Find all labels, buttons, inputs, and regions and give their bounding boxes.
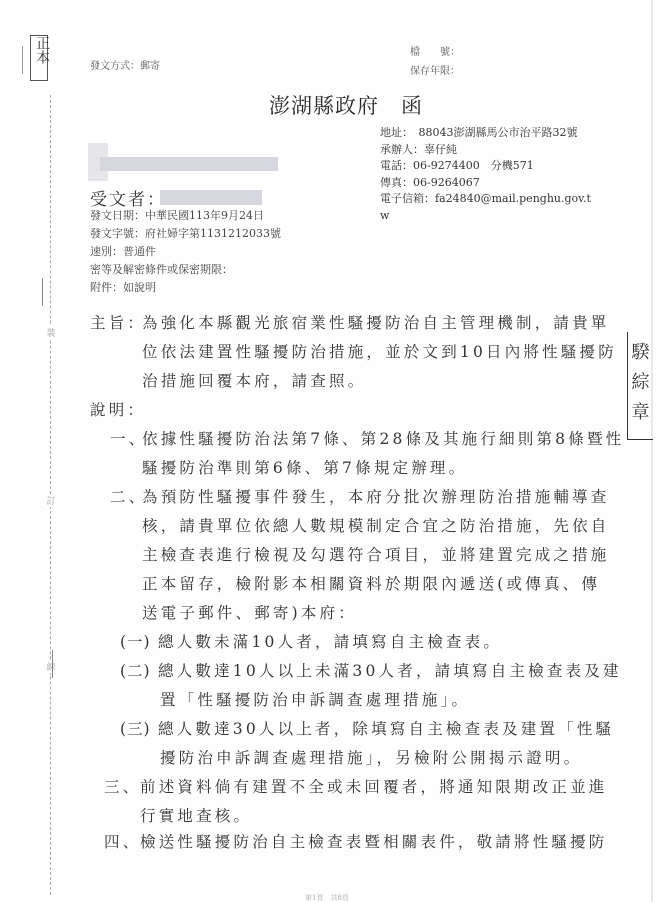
dispatch-date: 發文日期：中華民國113年9月24日 [90,207,281,225]
item-marker: 四、 [104,828,141,857]
pen-mark [42,278,43,306]
pen-mark [22,46,23,74]
explanation-label: 說明： [90,396,146,425]
retention-label: 保存年限： [410,62,460,77]
subject-label: 主旨： [90,309,146,338]
contact-handler: 承辦人：辜仔純 [380,142,591,159]
sub-item-line: 總人數達10人以上未滿30人者，請填寫自主檢查表及建 [158,657,622,686]
sub-item-line: 置「性騷擾防治申訴調查處理措施」。 [158,686,622,715]
sub-item-line: 總人數達30人以上者，除填寫自主檢查表及建置「性騷 [158,715,614,744]
item-line: 送電子郵件、郵寄)本府： [142,599,610,628]
item-2: 為預防性騷擾事件發生，本府分批次辦理防治措施輔導查 核，請貴單位依總人數規模制定… [142,483,610,628]
binding-mark-ding: 訂 [44,494,58,507]
sub-item-marker: (三) [120,715,151,744]
item-4: 檢送性騷擾防治自主檢查表暨相關表件，敬請將性騷擾防 [140,828,608,857]
subject-line: 位依法建置性騷擾防治措施，並於文到10日內將性騷擾防 [142,338,617,367]
document-title: 澎湖縣政府 函 [269,90,423,120]
redacted-recipient [160,190,262,205]
subject-line: 治措施回覆本府，請查照。 [142,367,617,396]
speed-class: 速別：普通件 [90,243,281,261]
dispatch-method: 發文方式：郵寄 [90,57,160,72]
side-seal-stamp: 騤 綜 章 [627,332,653,440]
document-number: 發文字號：府社婦字第1131212033號 [90,225,281,243]
meta-block: 發文日期：中華民國113年9月24日 發文字號：府社婦字第1131212033號… [90,207,281,297]
contact-fax: 傳真：06-9264067 [380,175,591,192]
document-page: 裝 訂 線 正本 發文方式：郵寄 檔 號： 保存年限： 澎湖縣政府 函 地址： … [0,0,656,902]
sub-item-1: 總人數未滿10人者，請填寫自主檢查表。 [158,628,502,657]
contact-email-cont: w [380,208,591,225]
sub-item-2: 總人數達10人以上未滿30人者，請填寫自主檢查表及建 置「性騷擾防治申訴調查處理… [158,657,622,715]
seal-char: 騤 [628,338,653,368]
file-number-label: 檔 號： [410,43,460,58]
redacted-address [100,157,278,171]
item-line: 主檢查表進行檢視及勾選符合項目，並將建置完成之措施 [142,541,610,570]
item-1: 依據性騷擾防治法第7條、第28條及其施行細則第8條暨性 騷擾防治準則第6條、第7… [142,425,624,483]
contact-phone: 電話：06-9274400 分機571 [380,158,591,175]
item-line: 依據性騷擾防治法第7條、第28條及其施行細則第8條暨性 [142,425,624,454]
subject-line: 為強化本縣觀光旅宿業性騷擾防治自主管理機制，請貴單 [142,309,617,338]
sub-item-3: 總人數達30人以上者，除填寫自主檢查表及建置「性騷 擾防治申訴調查處理措施」，另… [158,715,614,773]
item-line: 為預防性騷擾事件發生，本府分批次辦理防治措施輔導查 [142,483,610,512]
item-line: 騷擾防治準則第6條、第7條規定辦理。 [142,454,624,483]
binding-mark-zhuang: 裝 [44,326,58,339]
attachment-note: 附件：如說明 [90,279,281,297]
item-marker: 三、 [104,773,141,802]
contact-email: 電子信箱：fa24840@mail.penghu.gov.t [380,191,591,208]
sub-item-marker: (一) [120,628,151,657]
item-line: 核，請貴單位依總人數規模制定合宜之防治措施，先依自 [142,512,610,541]
sub-item-line: 擾防治申訴調查處理措施」，另檢附公開揭示證明。 [158,744,614,773]
item-line: 檢送性騷擾防治自主檢查表暨相關表件，敬請將性騷擾防 [140,828,608,857]
original-copy-stamp-text: 正本 [31,36,52,64]
sub-item-marker: (二) [120,657,151,686]
subject-text: 為強化本縣觀光旅宿業性騷擾防治自主管理機制，請貴單 位依法建置性騷擾防治措施，並… [142,309,617,396]
seal-char: 章 [628,398,653,428]
item-line: 前述資料倘有建置不全或未回覆者，將通知限期改正並進 [140,773,608,802]
seal-char: 綜 [628,368,653,398]
item-3: 前述資料倘有建置不全或未回覆者，將通知限期改正並進 行實地查核。 [140,773,608,831]
binding-mark-xian: 線 [44,660,58,673]
pen-mark [52,650,53,678]
page-footer: 第1頁 共8頁 [305,893,349,902]
page-edge [651,0,653,902]
security-class: 密等及解密條件或保密期限： [90,261,281,279]
item-line: 行實地查核。 [140,802,608,831]
contact-block: 地址： 88043澎湖縣馬公市治平路32號 承辦人：辜仔純 電話：06-9274… [380,125,591,224]
sub-item-line: 總人數未滿10人者，請填寫自主檢查表。 [158,628,502,657]
contact-address: 地址： 88043澎湖縣馬公市治平路32號 [380,125,591,142]
original-copy-stamp: 正本 [30,35,48,81]
item-line: 正本留存，檢附影本相關資料於期限內遞送(或傳真、傳 [142,570,610,599]
